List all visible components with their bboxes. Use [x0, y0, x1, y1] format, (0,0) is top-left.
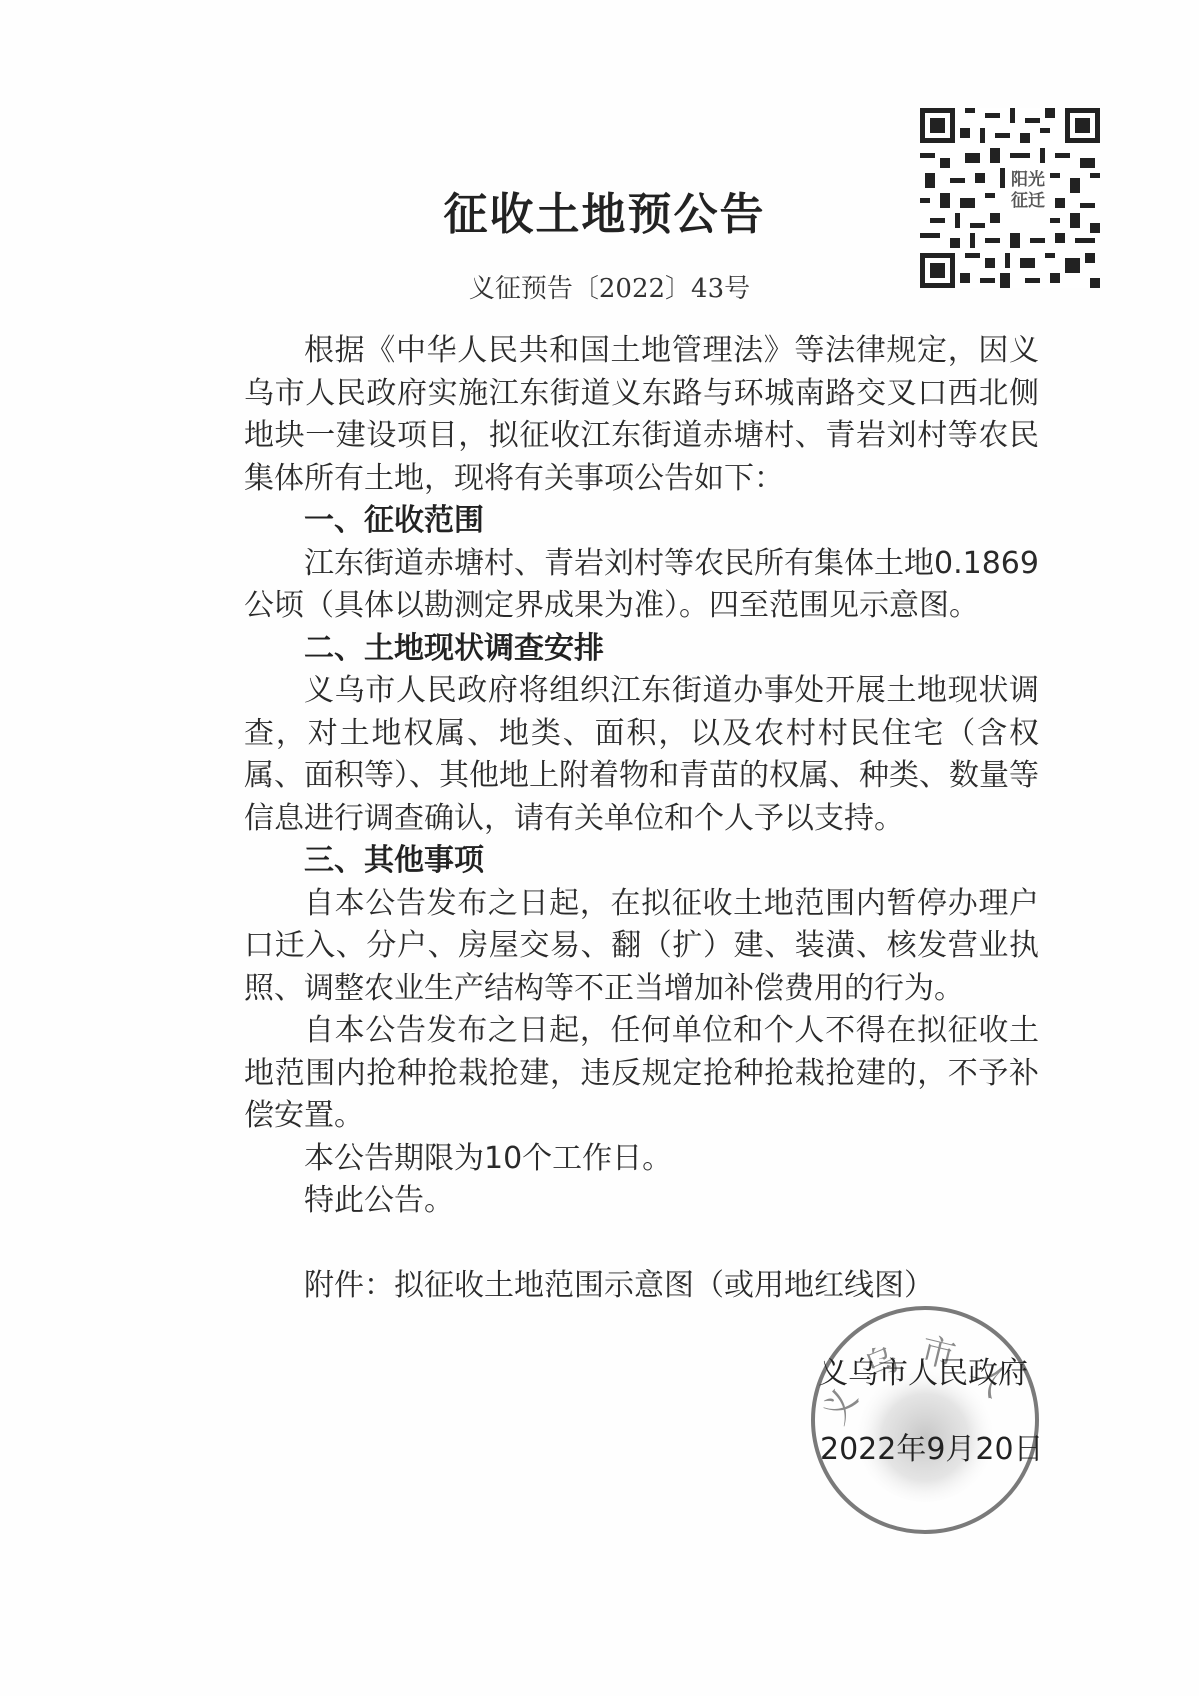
document-page: 阳光 征迁 征收土地预公告 义征预告〔2022〕43号 根据《中华人民共和国土地… [0, 0, 1199, 1696]
section-heading-other: 三、其他事项 [244, 840, 1039, 883]
official-seal: 义乌市人民政府 [805, 1298, 1045, 1538]
other-paragraph-1: 自本公告发布之日起，在拟征收土地范围内暂停办理户口迁入、分户、房屋交易、翻（扩）… [244, 883, 1039, 1011]
issue-date: 2022年9月20日 [820, 1424, 1044, 1468]
page-title: 征收土地预公告 [0, 178, 1199, 242]
seal-icon: 义乌市人民政府 [805, 1298, 1045, 1538]
intro-paragraph: 根据《中华人民共和国土地管理法》等法律规定，因义乌市人民政府实施江东街道义东路与… [244, 330, 1039, 500]
other-paragraph-2: 自本公告发布之日起，任何单位和个人不得在拟征收土地范围内抢种抢栽抢建，违反规定抢… [244, 1010, 1039, 1138]
scope-paragraph: 江东街道赤塘村、青岩刘村等农民所有集体土地0.1869公顷（具体以勘测定界成果为… [244, 543, 1039, 628]
closing-line: 特此公告。 [244, 1180, 1039, 1223]
issuer-name: 义乌市人民政府 [818, 1348, 1028, 1392]
section-heading-scope: 一、征收范围 [244, 500, 1039, 543]
survey-paragraph: 义乌市人民政府将组织江东街道办事处开展土地现状调查，对土地权属、地类、面积，以及… [244, 670, 1039, 840]
notice-body: 根据《中华人民共和国土地管理法》等法律规定，因义乌市人民政府实施江东街道义东路与… [244, 330, 1039, 1307]
section-heading-survey: 二、土地现状调查安排 [244, 628, 1039, 671]
document-number: 义征预告〔2022〕43号 [0, 268, 1199, 305]
notice-period: 本公告期限为10个工作日。 [244, 1138, 1039, 1181]
